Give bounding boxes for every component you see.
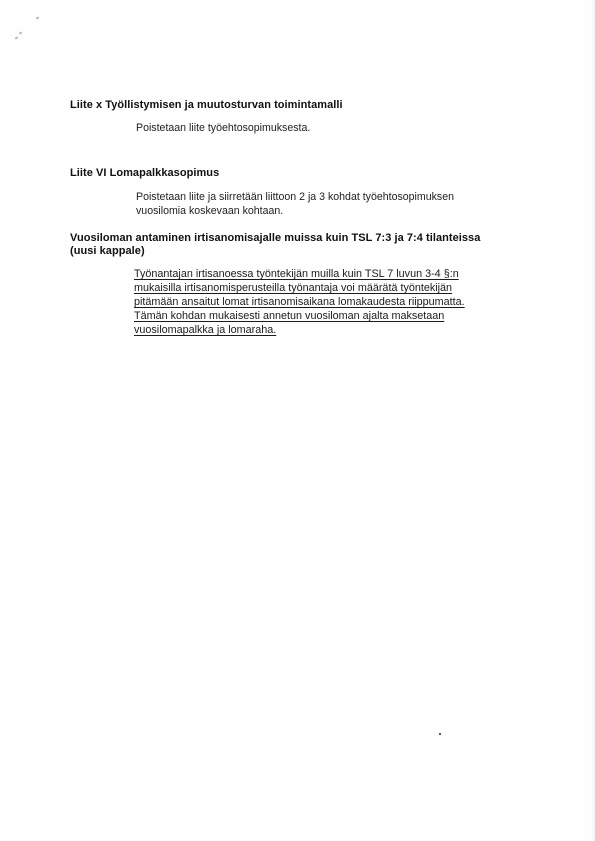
underlined-new-paragraph: Työnantajan irtisanoessa työntekijän mui… <box>134 267 465 337</box>
underlined-line: pitämään ansaitut lomat irtisanomisaikan… <box>134 295 465 309</box>
underlined-line: vuosilomapalkka ja lomaraha. <box>134 323 465 337</box>
heading-line: (uusi kappale) <box>70 245 480 258</box>
section-paragraph-liite-vi: Poistetaan liite ja siirretään liittoon … <box>136 191 454 218</box>
paragraph-line: Poistetaan liite ja siirretään liittoon … <box>136 191 454 205</box>
section-heading-liite-vi: Liite VI Lomapalkkasopimus <box>70 167 219 180</box>
scan-speck <box>439 733 441 735</box>
paragraph-line: vuosilomia koskevaan kohtaan. <box>136 205 454 219</box>
scan-edge-shadow <box>591 0 595 841</box>
section-heading-liite-x: Liite x Työllistymisen ja muutosturvan t… <box>70 99 343 112</box>
heading-line: Vuosiloman antaminen irtisanomisajalle m… <box>70 232 480 245</box>
underlined-line: Työnantajan irtisanoessa työntekijän mui… <box>134 267 465 281</box>
scan-artifact-mark <box>15 36 19 39</box>
scan-artifact-mark <box>36 16 40 19</box>
underlined-line: mukaisilla irtisanomisperusteilla työnan… <box>134 281 465 295</box>
scanned-document-page: Liite x Työllistymisen ja muutosturvan t… <box>0 0 595 841</box>
section-paragraph-liite-x: Poistetaan liite työehtosopimuksesta. <box>136 122 310 136</box>
section-heading-vuosiloman-antaminen: Vuosiloman antaminen irtisanomisajalle m… <box>70 232 480 258</box>
scan-artifact-mark <box>19 31 23 34</box>
underlined-line: Tämän kohdan mukaisesti annetun vuosilom… <box>134 309 465 323</box>
